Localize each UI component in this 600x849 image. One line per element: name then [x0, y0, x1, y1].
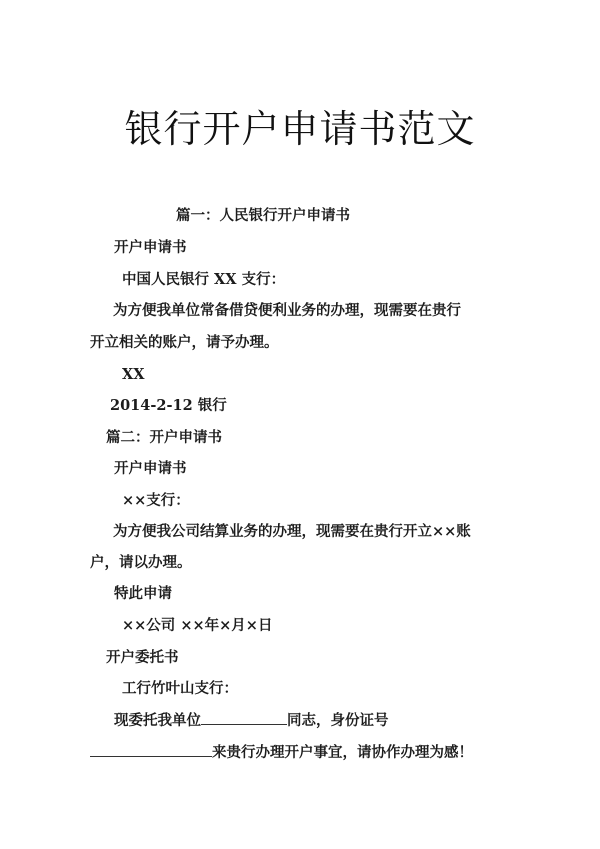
section1-body-line1: 为方便我单位常备借贷便利业务的办理，现需要在贵行	[113, 301, 461, 321]
authorization-line1-prefix: 现委托我单位	[114, 712, 201, 729]
section2-doc-title: 开户申请书	[114, 459, 187, 479]
section2-addressee: ××支行：	[122, 491, 190, 511]
section1-doc-title: 开户申请书	[114, 238, 187, 258]
section2-closing: 特此申请	[114, 584, 172, 604]
document-title: 银行开户申请书范文	[0, 104, 600, 154]
authorization-line2: 来贵行办理开户事宜，请协作办理为感！	[90, 742, 473, 763]
section2-body-line2: 户，请以办理。	[90, 553, 192, 573]
section2-heading: 篇二：开户申请书	[106, 428, 222, 448]
id-number-blank-field	[90, 742, 212, 757]
section2-signature: ××公司 ××年×月×日	[122, 616, 272, 636]
authorization-line2-suffix: 来贵行办理开户事宜，请协作办理为感！	[212, 744, 473, 761]
section2-body-line1: 为方便我公司结算业务的办理，现需要在贵行开立××账	[113, 522, 471, 542]
name-blank-field	[201, 710, 287, 725]
authorization-addressee: 工行竹叶山支行：	[122, 679, 238, 699]
authorization-line1: 现委托我单位同志，身份证号	[114, 710, 389, 731]
document-page: 银行开户申请书范文 篇一：人民银行开户申请书 开户申请书 中国人民银行 XX 支…	[0, 0, 600, 849]
authorization-line1-suffix: 同志，身份证号	[287, 712, 389, 729]
authorization-title: 开户委托书	[106, 648, 179, 668]
section1-date-line: 2014-2-12 银行	[110, 396, 227, 416]
section1-addressee: 中国人民银行 XX 支行：	[122, 270, 285, 290]
section1-signer: XX	[122, 365, 145, 385]
section1-heading: 篇一：人民银行开户申请书	[176, 206, 350, 226]
section1-body-line2: 开立相关的账户，请予办理。	[90, 333, 279, 353]
